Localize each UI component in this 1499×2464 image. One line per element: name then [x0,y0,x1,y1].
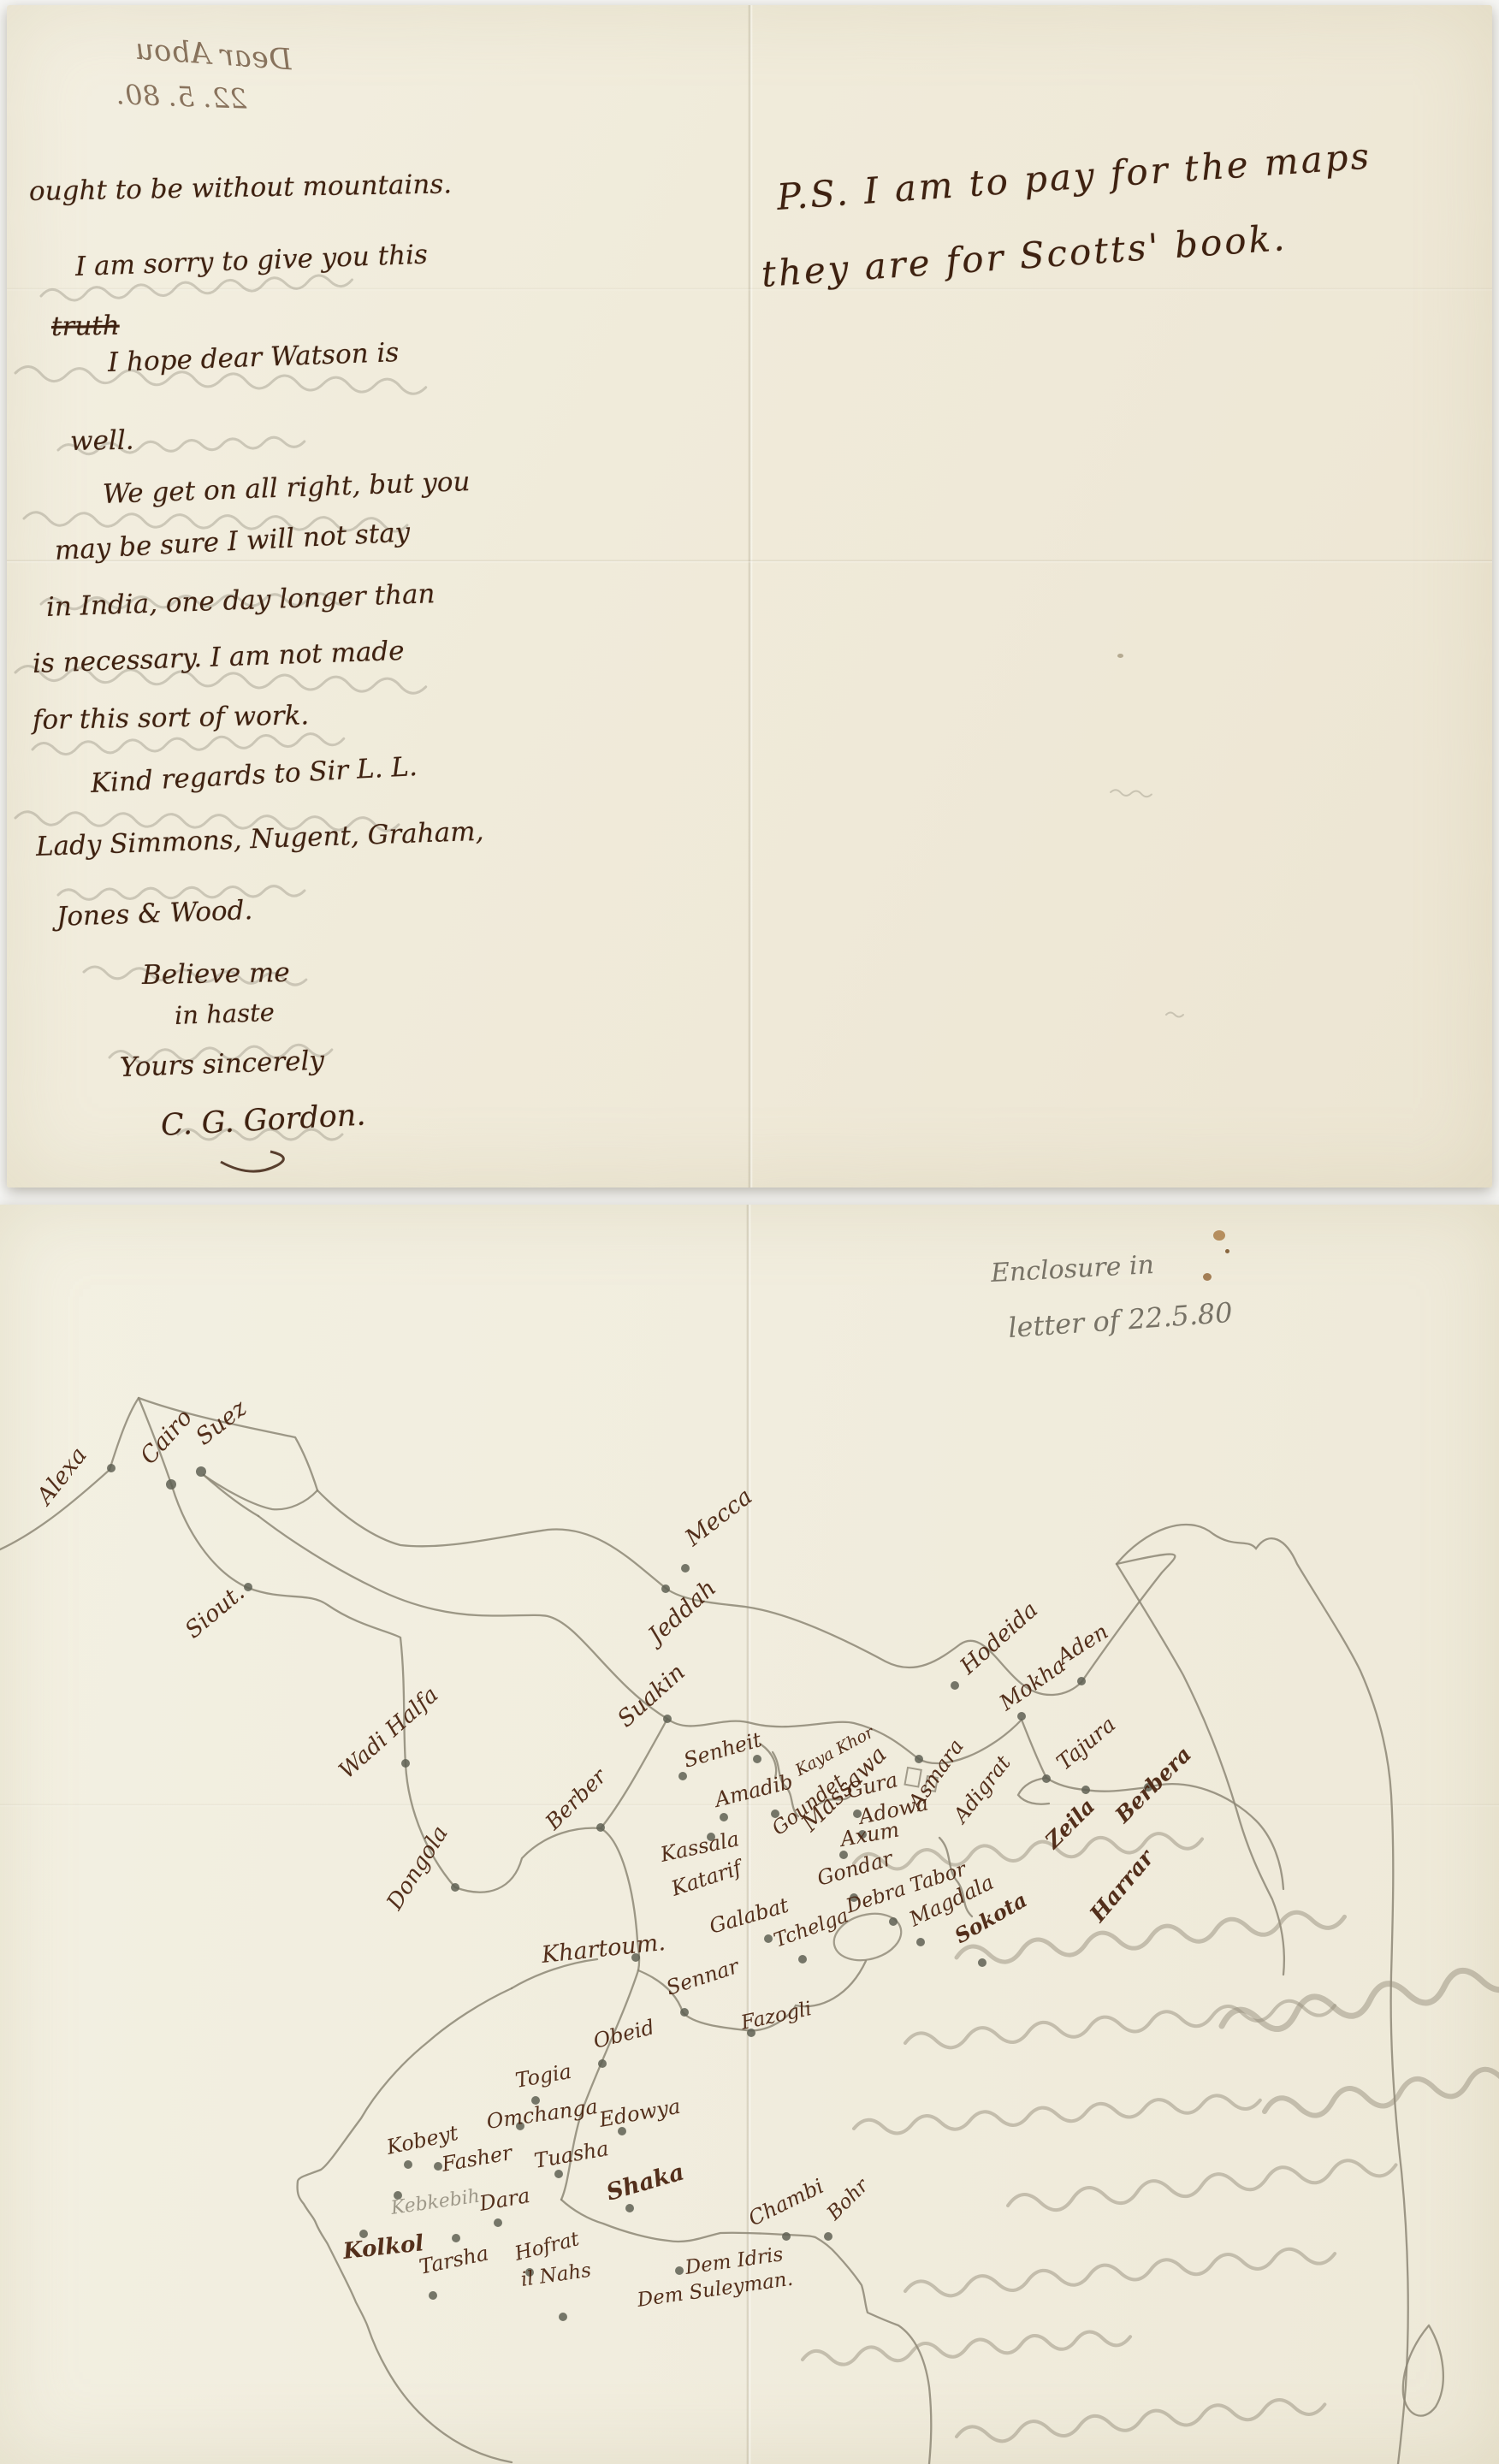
map-city-dot [764,1934,773,1943]
map-city-dot [1077,1677,1086,1685]
pencil-coastline [1403,2325,1443,2416]
letter-line: Believe me [142,957,290,991]
ghost-stroke [1219,1961,1499,2039]
map-city-dot [720,1813,728,1821]
map-city-dot [753,1755,761,1763]
rust-stain [1213,1230,1225,1241]
rust-stain [1203,1273,1212,1281]
map-place-label: Togia [513,2059,573,2093]
map-city-dot [916,1938,925,1946]
map-city-dot [452,2234,460,2242]
map-city-dot [681,1564,690,1573]
ghost-stroke [904,1997,1336,2052]
map-place-label: Fazogli [738,1998,814,2035]
map-city-dot [244,1583,252,1591]
map-city-dot [107,1464,116,1472]
map-city-dot [166,1479,176,1490]
ghost-stroke [904,2245,1336,2300]
map-place-label: Dara [477,2183,531,2216]
map-city-dot [1042,1774,1051,1783]
map-city-dot [798,1955,807,1963]
pencil-coastline [204,1475,317,1509]
pencil-coastline [601,1719,667,1828]
map-place-label: Harrar [1085,1844,1161,1928]
map-city-dot [494,2218,502,2227]
map-place-label: Kebkebih [388,2186,481,2219]
map-place-label: Shaka [603,2159,687,2206]
map-place-label: Kolkol [341,2230,425,2265]
paper-speck [1117,654,1123,658]
map-place-label: Khartoum. [539,1929,667,1969]
letter-sheet: Dear Abou22. 5. 80. ought to be without … [7,5,1492,1188]
map-city-dot [675,2266,684,2275]
map-place-label: Alexa [30,1442,92,1512]
pencil-coastline [561,2200,931,2464]
pencil-coastline [258,1516,1022,1763]
map-place-label: Tarsha [417,2241,490,2278]
ghost-stroke [1007,2155,1397,2215]
letter-line: for this sort of work. [33,700,310,736]
ghost-stroke [802,2329,1130,2367]
map-city-dot [451,1883,459,1892]
ghost-stroke [1166,1013,1183,1017]
map-place-label: Sennar [663,1954,743,2000]
map-place-label: Tajura [1052,1712,1120,1775]
map-city-dot [951,1681,959,1690]
map-city-dot [678,1772,687,1780]
map-place-label: Suez [191,1395,252,1451]
pencil-coastline [1117,1564,1284,1975]
map-place-label: Jeddah [640,1575,721,1652]
map-city-dot [824,2232,832,2241]
signature-flourish [221,1152,283,1171]
map-place-label: Hodeida [955,1597,1043,1680]
map-city-dot [625,2204,634,2212]
sketch-map: AlexaCairoSuezSiout.Wadi HalfaDongolaBer… [0,1205,1499,2464]
map-place-label: Tuasha [532,2136,610,2173]
map-place-label: Chambi [744,2174,827,2230]
map-city-dot [598,2059,607,2068]
map-city-dot [782,2232,791,2241]
map-city-dot [889,1917,898,1926]
map-city-dot [554,2170,563,2178]
map-sheet: AlexaCairoSuezSiout.Wadi HalfaDongolaBer… [0,1205,1499,2464]
map-city-dot [559,2313,567,2321]
map-city-dot [915,1755,923,1763]
scanned-document: { "document": { "kind": "Handwritten let… [0,0,1499,2464]
map-city-dot [196,1466,206,1477]
map-city-dot [661,1584,670,1593]
pencil-coastline [298,1988,512,2462]
ghost-stroke [853,2093,1260,2136]
pencil-coastline [204,1475,258,1516]
map-city-dot [404,2160,412,2169]
map-city-dot [429,2291,437,2300]
pencil-coastline [1117,1525,1408,2464]
map-place-label: Suakin [613,1659,690,1732]
map-place-label: Bohr [822,2173,874,2225]
map-place-label: Edowya [596,2094,682,2132]
map-city-dot [1017,1712,1026,1721]
letter-line: well. [70,425,134,457]
map-place-label: Wadi Halfa [335,1682,444,1784]
map-city-dot [1081,1786,1090,1794]
map-city-dot [596,1823,605,1832]
ghost-stroke [1263,2052,1499,2122]
map-place-label: Mokha [994,1652,1070,1715]
map-place-label: Dongola [382,1821,453,1915]
rust-stain [1225,1249,1229,1253]
pencil-coastline [1081,1555,1175,1682]
ghost-stroke [1111,790,1152,797]
map-place-label: Senheit [681,1727,765,1773]
map-city-dot [401,1759,410,1768]
map-place-label: Mecca [679,1484,757,1552]
map-place-label: Obeid [591,2015,657,2053]
map-place-label: Amadib [711,1769,796,1812]
map-place-label: Siout. [181,1579,250,1644]
map-place-label: Omchanga [485,2094,599,2134]
letter-line: truth [51,311,120,342]
bleedthrough-line: 22. 5. 80. [116,78,247,115]
map-place-label: Hofrat [512,2228,582,2266]
letter-line: in haste [174,998,275,1030]
map-city-dot [680,2008,689,2017]
ghost-stroke [956,2396,1325,2445]
ghost-stroke [33,732,344,755]
map-city-dot [978,1958,986,1967]
map-place-label: il Nahs [519,2260,592,2291]
map-place-label: Axum [837,1817,901,1851]
map-city-dot [663,1715,672,1723]
pencil-coastline [110,1398,139,1470]
